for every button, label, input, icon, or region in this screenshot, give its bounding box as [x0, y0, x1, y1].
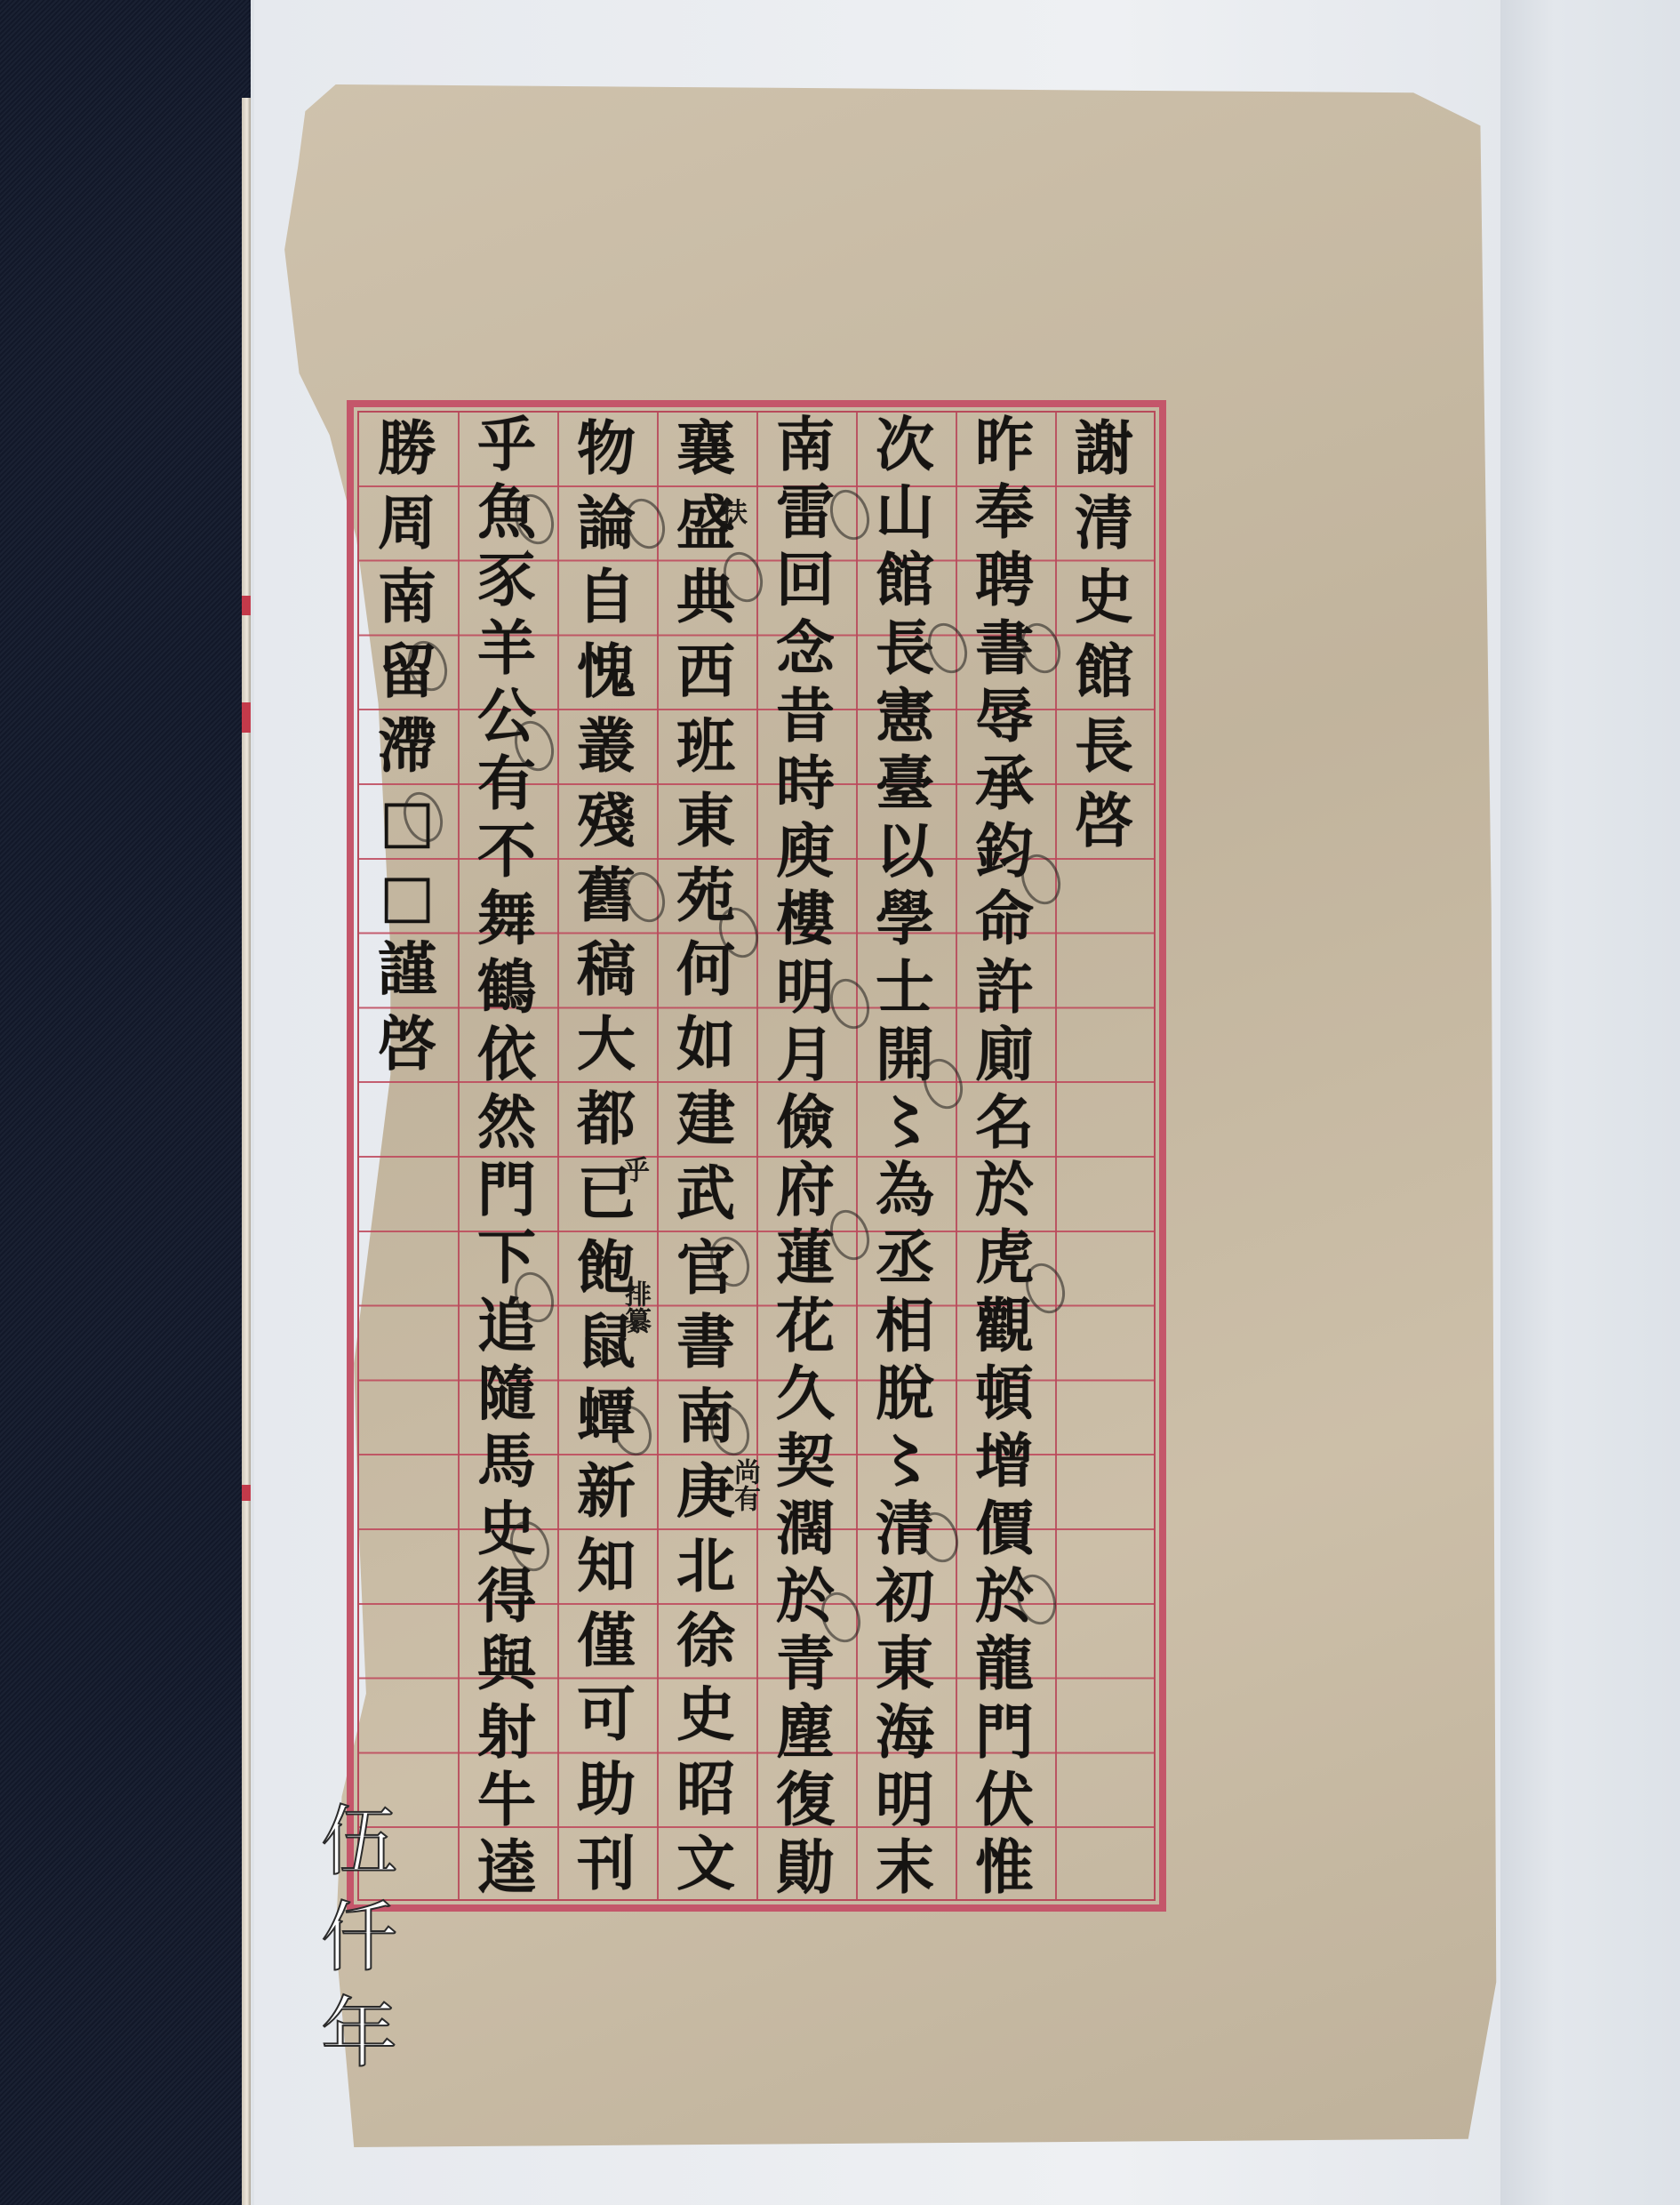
- interlinear-note: 乎: [613, 1156, 652, 1183]
- character-cell: 新: [556, 1454, 656, 1528]
- mount-fold-shadow: [1500, 0, 1680, 2205]
- dark-fabric-background: [0, 0, 251, 2205]
- character-cell: 承: [955, 750, 1054, 817]
- character-cell: 周: [357, 485, 457, 560]
- character-cell: 牛: [457, 1766, 556, 1833]
- character-cell: 東: [855, 1630, 955, 1697]
- character-cell: 末: [855, 1833, 955, 1901]
- character-cell: 謹: [357, 933, 457, 1007]
- character-cell: 自: [556, 560, 656, 635]
- character-cell: 龍: [955, 1630, 1054, 1697]
- character-cell: 脫: [855, 1359, 955, 1427]
- character-cell: 清: [1054, 485, 1154, 560]
- character-cell: 鶴: [457, 953, 556, 1021]
- interlinear-note: 扶: [711, 498, 750, 525]
- character-cell: 昭: [656, 1752, 756, 1826]
- character-cell: 刊: [556, 1826, 656, 1901]
- character-cell: 南: [756, 411, 855, 478]
- character-cell: 月: [756, 1021, 855, 1088]
- character-cell: 為: [855, 1156, 955, 1223]
- character-cell: 射: [457, 1698, 556, 1766]
- character-cell: 廁: [955, 1021, 1054, 1088]
- character-cell: 建: [656, 1081, 756, 1156]
- character-cell: 學: [855, 885, 955, 952]
- character-cell: 史: [1054, 560, 1154, 635]
- character-cell: 惟: [955, 1833, 1054, 1901]
- character-cell: 得: [457, 1562, 556, 1630]
- character-cell: 明: [855, 1766, 955, 1833]
- character-cell: 武: [656, 1156, 756, 1231]
- character-cell: 時: [756, 750, 855, 817]
- character-cell: 滯: [357, 709, 457, 783]
- character-cell: 山: [855, 478, 955, 546]
- character-cell: 都: [556, 1081, 656, 1156]
- character-cell: 館: [855, 546, 955, 613]
- spine-red-mark: [242, 596, 251, 615]
- character-cell: 史: [656, 1678, 756, 1752]
- spine-red-mark: [242, 702, 251, 733]
- character-cell: 豕: [457, 546, 556, 613]
- character-cell: 與: [457, 1630, 556, 1697]
- character-cell: 昨: [955, 411, 1054, 478]
- character-cell: 濶: [756, 1495, 855, 1562]
- character-cell: 文: [656, 1826, 756, 1901]
- character-cell: 知: [556, 1528, 656, 1603]
- character-cell: 頓: [955, 1359, 1054, 1427]
- character-cell: 塵: [756, 1698, 855, 1766]
- character-cell: 啓: [357, 1006, 457, 1081]
- character-cell: 勛: [756, 1833, 855, 1901]
- character-cell: 聘: [955, 546, 1054, 613]
- character-cell: 東: [656, 783, 756, 858]
- character-cell: 助: [556, 1752, 656, 1826]
- character-cell: □: [357, 858, 457, 933]
- character-cell: 昔: [756, 682, 855, 750]
- watermark-text: 伍仟年: [336, 1800, 407, 2089]
- character-cell: 士: [855, 953, 955, 1021]
- character-cell: 愧: [556, 634, 656, 709]
- character-cell: 謝: [1054, 411, 1154, 485]
- character-cell: 南: [357, 560, 457, 635]
- character-cell: 儉: [756, 1088, 855, 1156]
- character-cell: 回: [756, 546, 855, 613]
- character-cell: 〻: [855, 1427, 955, 1495]
- character-cell: 庾: [756, 817, 855, 885]
- character-cell: 叢: [556, 709, 656, 783]
- character-cell: 長: [1054, 709, 1154, 783]
- text-column-5: 襄盛典西班東苑何如建武官書南庚北徐史昭文: [656, 411, 756, 1901]
- text-column-7: 乎魚豕羊公有不舞鶴依然門下追隨馬史得與射牛逵: [457, 411, 556, 1901]
- character-cell: 海: [855, 1698, 955, 1766]
- interlinear-note: 排纂: [615, 1280, 654, 1334]
- character-cell: 增: [955, 1427, 1054, 1495]
- character-cell: 啓: [1054, 783, 1154, 858]
- text-column-1: 謝清史館長啓: [1054, 411, 1154, 1901]
- character-cell: 花: [756, 1291, 855, 1359]
- character-cell: 復: [756, 1766, 855, 1833]
- character-cell: 依: [457, 1021, 556, 1088]
- character-cell: 逵: [457, 1833, 556, 1901]
- character-cell: 西: [656, 634, 756, 709]
- character-cell: 奉: [955, 478, 1054, 546]
- character-cell: 大: [556, 1006, 656, 1081]
- character-cell: 襄: [656, 411, 756, 485]
- character-cell: 辱: [955, 682, 1054, 750]
- character-cell: 於: [955, 1156, 1054, 1223]
- character-cell: 丞: [855, 1223, 955, 1291]
- character-cell: 門: [457, 1156, 556, 1223]
- character-cell: 許: [955, 953, 1054, 1021]
- character-cell: 勝: [357, 411, 457, 485]
- character-cell: 以: [855, 817, 955, 885]
- character-cell: 然: [457, 1088, 556, 1156]
- character-cell: 相: [855, 1291, 955, 1359]
- character-cell: 久: [756, 1359, 855, 1427]
- character-cell: 如: [656, 1006, 756, 1081]
- character-cell: 價: [955, 1495, 1054, 1562]
- character-cell: 契: [756, 1427, 855, 1495]
- character-cell: 羊: [457, 614, 556, 682]
- character-cell: 門: [955, 1698, 1054, 1766]
- text-column-8: 勝周南留滯□□謹啓: [357, 411, 457, 1901]
- character-cell: 憲: [855, 682, 955, 750]
- character-cell: 伏: [955, 1766, 1054, 1833]
- character-cell: 馬: [457, 1427, 556, 1495]
- spine-red-mark: [242, 1485, 251, 1501]
- interlinear-note: 尚有: [724, 1458, 764, 1511]
- character-cell: 徐: [656, 1603, 756, 1678]
- character-cell: 可: [556, 1678, 656, 1752]
- character-cell: 次: [855, 411, 955, 478]
- character-cell: 舞: [457, 885, 556, 952]
- character-cell: 隨: [457, 1359, 556, 1427]
- character-cell: 樓: [756, 885, 855, 952]
- character-cell: 稿: [556, 933, 656, 1007]
- character-cell: 初: [855, 1562, 955, 1630]
- character-cell: 班: [656, 709, 756, 783]
- character-cell: 北: [656, 1528, 756, 1603]
- character-cell: 乎: [457, 411, 556, 478]
- character-cell: 念: [756, 614, 855, 682]
- character-cell: 不: [457, 817, 556, 885]
- text-column-4: 南雷回念昔時庾樓明月儉府蓮花久契濶於青塵復勛: [756, 411, 855, 1901]
- character-cell: 物: [556, 411, 656, 485]
- character-cell: 僅: [556, 1603, 656, 1678]
- character-cell: 名: [955, 1088, 1054, 1156]
- character-cell: 書: [656, 1305, 756, 1380]
- character-cell: 臺: [855, 750, 955, 817]
- character-cell: 殘: [556, 783, 656, 858]
- character-cell: 館: [1054, 634, 1154, 709]
- book-spine-edge: [242, 98, 251, 2205]
